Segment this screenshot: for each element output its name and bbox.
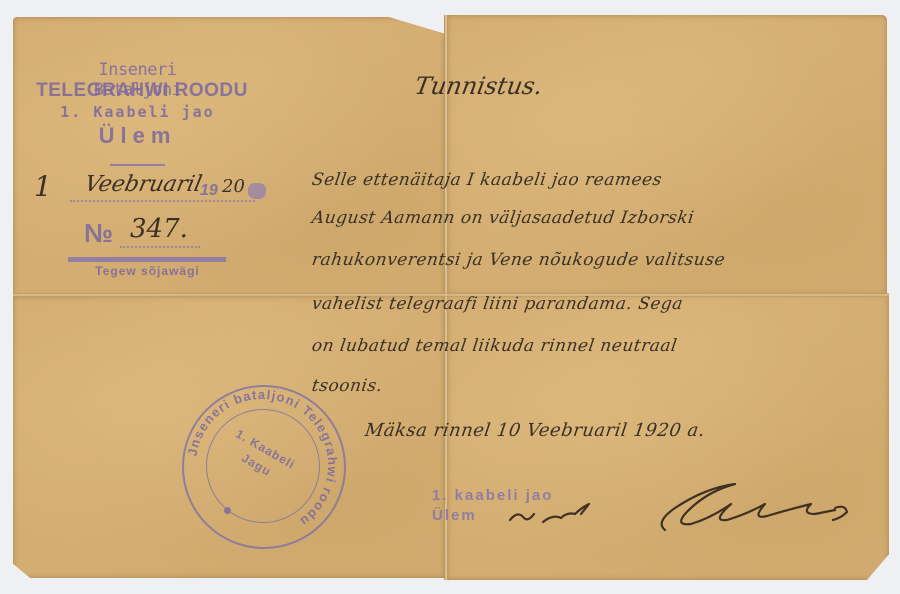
- stamp-bar: [68, 257, 226, 262]
- stamp-smudge: [248, 183, 266, 199]
- body-line-3: rahukonverentsi ja Vene nõukogude valits…: [311, 250, 727, 270]
- date-day: 1: [34, 170, 52, 203]
- stamp-line-section: 1. Kaabeli jao: [50, 103, 225, 121]
- number-value: 347.: [130, 214, 188, 244]
- seal-dot: [224, 507, 231, 514]
- place-date-line: Mäksa rinnel 10 Veebruaril 1920 a.: [364, 420, 707, 441]
- stamp-line-commander: Ülem: [60, 123, 215, 149]
- handwritten-signature: [505, 482, 865, 542]
- round-seal: Jnseneri bataljoni Telegrahwi roodu 1. K…: [182, 385, 346, 549]
- stamp-line-company: TELEGRAHWI ROODU: [22, 80, 262, 102]
- stamp-divider: [110, 164, 165, 166]
- body-line-2: August Aamann on väljasaadetud Izborski: [311, 208, 696, 228]
- date-month: Veebruaril: [82, 172, 204, 197]
- letter-title: Tunnistus.: [413, 72, 545, 100]
- body-line-4: vahelist telegraafi liini parandama. Seg…: [311, 294, 685, 314]
- date-year-suffix: 20: [222, 176, 245, 197]
- stamp-footer: Tegew sõjawägi: [70, 264, 225, 278]
- date-year-prefix: 19: [200, 182, 218, 200]
- body-line-1: Selle ettenäitaja I kaabeli jao reamees: [311, 170, 664, 190]
- number-dotted-line: [120, 246, 200, 248]
- body-line-5: on lubatud temal liikuda rinnel neutraal: [311, 336, 679, 356]
- number-label: №: [84, 218, 113, 249]
- date-dotted-line: [70, 200, 255, 202]
